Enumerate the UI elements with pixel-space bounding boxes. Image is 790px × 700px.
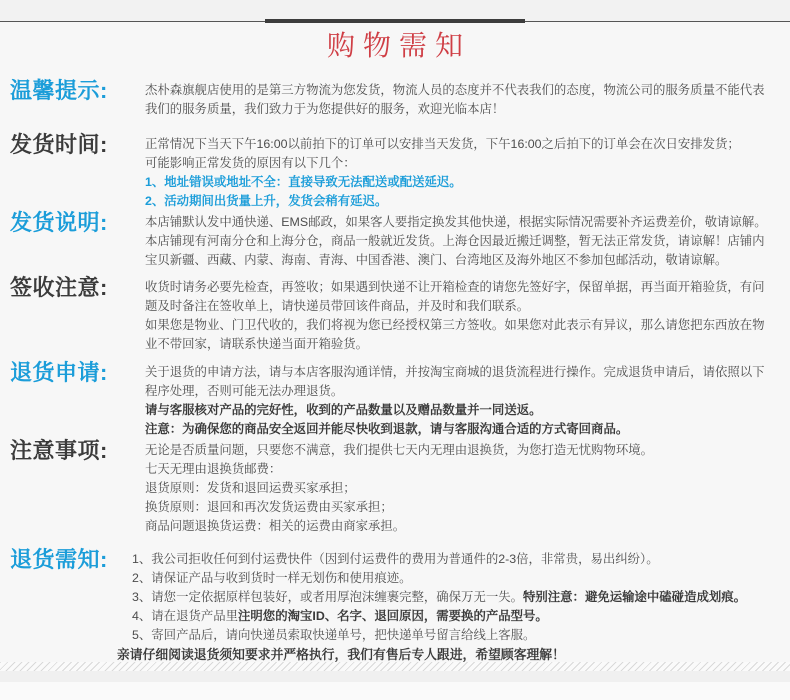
emphasis-text: 注明您的淘宝ID、名字、退回原因，需要换的产品型号。	[238, 609, 548, 623]
text-line: 本店铺默认发中通快递、EMS邮政，如果客人要指定换发其他快递，根据实际情况需要补…	[145, 213, 790, 232]
body-text: 本店铺现有河南分仓和上海分仓，商品一般就近发货。上海仓因最近搬迁调整，暂无法正常…	[145, 234, 765, 248]
body-text: 3、请您一定依据原样包装好，或者用厚泡沫缠裹完整，确保万无一失。	[132, 590, 523, 604]
text-line: 1、地址错误或地址不全：直接导致无法配送或配送延迟。	[145, 173, 790, 192]
body-text: 宝贝新疆、西藏、内蒙、海南、青海、中国香港、澳门、台湾地区及海外地区不参加包邮活…	[145, 253, 727, 267]
body-text: 我们的服务质量，我们致力于为您提供好的服务，欢迎光临本店！	[145, 102, 504, 116]
text-line: 我们的服务质量，我们致力于为您提供好的服务，欢迎光临本店！	[145, 100, 790, 119]
body-text: 业不带回家，请联系快递当面开箱验货。	[145, 337, 368, 351]
body-text: 正常情况下当天下午16:00以前拍下的订单可以安排当天发货，下午16:00之后拍…	[145, 137, 740, 151]
text-line: 退货原则：发货和退回运费买家承担；	[145, 479, 790, 498]
body-text: 换货原则：退回和再次发货运费由买家承担；	[145, 500, 393, 514]
text-line: 换货原则：退回和再次发货运费由买家承担；	[145, 498, 790, 517]
section-content-warm-tips: 杰朴森旗舰店使用的是第三方物流为您发货，物流人员的态度并不代表我们的态度，物流公…	[145, 81, 790, 119]
body-text: 商品问题退换货运费：相关的运费由商家承担。	[145, 519, 405, 533]
section-content-return-notice: 1、我公司拒收任何到付运费快件（因到付运费件的费用为普通件的2-3倍，非常贵，易…	[145, 550, 790, 664]
body-text: 本店铺默认发中通快递、EMS邮政，如果客人要指定换发其他快递，根据实际情况需要补…	[145, 215, 767, 229]
text-line: 1、我公司拒收任何到付运费快件（因到付运费件的费用为普通件的2-3倍，非常贵，易…	[132, 550, 790, 569]
body-text: 退货原则：发货和退回运费买家承担；	[145, 481, 356, 495]
section-receipt-notes: 签收注意:收货时请务必要先检查，再签收；如果遇到快递不让开箱检查的请您先签好字，…	[10, 278, 790, 354]
body-text: 5、寄回产品后，请向快递员索取快递单号，把快递单号留言给线上客服。	[132, 628, 535, 642]
section-notice-items: 注意事项:无论是否质量问题，只要您不满意，我们提供七天内无理由退换货，为您打造无…	[10, 441, 790, 536]
body-text: 4、请在退货产品里	[132, 609, 238, 623]
section-ship-time: 发货时间:正常情况下当天下午16:00以前拍下的订单可以安排当天发货，下午16:…	[10, 135, 790, 211]
footer-gray-strip	[0, 671, 790, 682]
text-line: 3、请您一定依据原样包装好，或者用厚泡沫缠裹完整，确保万无一失。特别注意：避免运…	[132, 588, 790, 607]
footer-light-strip	[0, 682, 790, 700]
text-line: 宝贝新疆、西藏、内蒙、海南、青海、中国香港、澳门、台湾地区及海外地区不参加包邮活…	[145, 251, 790, 270]
sections: 温馨提示:杰朴森旗舰店使用的是第三方物流为您发货，物流人员的态度并不代表我们的态…	[0, 81, 790, 664]
section-return-apply: 退货申请:关于退货的申请方法，请与本店客服沟通详情，并按淘宝商城的退货流程进行操…	[10, 363, 790, 439]
title-accent-bar	[265, 19, 525, 23]
text-line: 2、活动期间出货量上升，发货会稍有延迟。	[145, 192, 790, 211]
emphasis-text: 2、活动期间出货量上升，发货会稍有延迟。	[145, 194, 387, 208]
text-line: 注意：为确保您的商品安全返回并能尽快收到退款，请与客服沟通合适的方式寄回商品。	[145, 420, 790, 439]
section-label-return-apply: 退货申请:	[10, 363, 145, 383]
section-content-return-apply: 关于退货的申请方法，请与本店客服沟通详情，并按淘宝商城的退货流程进行操作。完成退…	[145, 363, 790, 439]
section-content-notice-items: 无论是否质量问题，只要您不满意，我们提供七天内无理由退换货，为您打造无忧购物环境…	[145, 441, 790, 536]
body-text: 关于退货的申请方法，请与本店客服沟通详情，并按淘宝商城的退货流程进行操作。完成退…	[145, 365, 765, 379]
body-text: 七天无理由退换货邮费：	[145, 462, 281, 476]
body-text: 可能影响正常发货的原因有以下几个：	[145, 156, 356, 170]
text-line: 本店铺现有河南分仓和上海分仓，商品一般就近发货。上海仓因最近搬迁调整，暂无法正常…	[145, 232, 790, 251]
body-text: 杰朴森旗舰店使用的是第三方物流为您发货，物流人员的态度并不代表我们的态度，物流公…	[145, 83, 765, 97]
text-line: 杰朴森旗舰店使用的是第三方物流为您发货，物流人员的态度并不代表我们的态度，物流公…	[145, 81, 790, 100]
section-label-ship-time: 发货时间:	[10, 135, 145, 155]
text-line: 如果您是物业、门卫代收的，我们将视为您已经授权第三方签收。如果您对此表示有异议，…	[145, 316, 790, 335]
section-content-ship-time: 正常情况下当天下午16:00以前拍下的订单可以安排当天发货，下午16:00之后拍…	[145, 135, 790, 211]
section-label-ship-notes: 发货说明:	[10, 213, 145, 233]
text-line: 收货时请务必要先检查，再签收；如果遇到快递不让开箱检查的请您先签好字，保留单据，…	[145, 278, 790, 297]
emphasis-text: 1、地址错误或地址不全：直接导致无法配送或配送延迟。	[145, 175, 462, 189]
header-divider	[0, 0, 790, 22]
text-line: 请与客服核对产品的完好性，收到的产品数量以及赠品数量并一同送返。	[145, 401, 790, 420]
hatch-divider	[0, 662, 790, 671]
footer	[0, 662, 790, 700]
body-text: 无论是否质量问题，只要您不满意，我们提供七天内无理由退换货，为您打造无忧购物环境…	[145, 443, 653, 457]
text-line: 4、请在退货产品里注明您的淘宝ID、名字、退回原因，需要换的产品型号。	[132, 607, 790, 626]
page-title: 购物需知	[0, 31, 790, 61]
emphasis-text: 注意：为确保您的商品安全返回并能尽快收到退款，请与客服沟通合适的方式寄回商品。	[145, 422, 628, 436]
section-content-ship-notes: 本店铺默认发中通快递、EMS邮政，如果客人要指定换发其他快递，根据实际情况需要补…	[145, 213, 790, 270]
emphasis-text: 亲请仔细阅读退货须知要求并严格执行，我们有售后专人跟进，希望顾客理解！	[117, 647, 565, 662]
text-line: 关于退货的申请方法，请与本店客服沟通详情，并按淘宝商城的退货流程进行操作。完成退…	[145, 363, 790, 382]
body-text: 收货时请务必要先检查，再签收；如果遇到快递不让开箱检查的请您先签好字，保留单据，…	[145, 280, 765, 294]
text-line: 2、请保证产品与收到货时一样无划伤和使用痕迹。	[132, 569, 790, 588]
section-label-return-notice: 退货需知:	[10, 550, 145, 570]
body-text: 2、请保证产品与收到货时一样无划伤和使用痕迹。	[132, 571, 412, 585]
text-line: 无论是否质量问题，只要您不满意，我们提供七天内无理由退换货，为您打造无忧购物环境…	[145, 441, 790, 460]
text-line: 商品问题退换货运费：相关的运费由商家承担。	[145, 517, 790, 536]
section-label-warm-tips: 温馨提示:	[10, 81, 145, 101]
emphasis-text: 特别注意：避免运输途中磕碰造成划痕。	[523, 590, 746, 604]
body-text: 1、我公司拒收任何到付运费快件（因到付运费件的费用为普通件的2-3倍，非常贵，易…	[132, 552, 659, 566]
text-line: 正常情况下当天下午16:00以前拍下的订单可以安排当天发货，下午16:00之后拍…	[145, 135, 790, 154]
text-line: 5、寄回产品后，请向快递员索取快递单号，把快递单号留言给线上客服。	[132, 626, 790, 645]
text-line: 题及时备注在签收单上，请快递员带回该件商品，并及时和我们联系。	[145, 297, 790, 316]
body-text: 如果您是物业、门卫代收的，我们将视为您已经授权第三方签收。如果您对此表示有异议，…	[145, 318, 765, 332]
text-line: 业不带回家，请联系快递当面开箱验货。	[145, 335, 790, 354]
body-text: 题及时备注在签收单上，请快递员带回该件商品，并及时和我们联系。	[145, 299, 529, 313]
section-label-notice-items: 注意事项:	[10, 441, 145, 461]
section-return-notice: 退货需知:1、我公司拒收任何到付运费快件（因到付运费件的费用为普通件的2-3倍，…	[10, 550, 790, 664]
section-warm-tips: 温馨提示:杰朴森旗舰店使用的是第三方物流为您发货，物流人员的态度并不代表我们的态…	[10, 81, 790, 119]
section-ship-notes: 发货说明:本店铺默认发中通快递、EMS邮政，如果客人要指定换发其他快递，根据实际…	[10, 213, 790, 270]
section-label-receipt-notes: 签收注意:	[10, 278, 145, 298]
text-line: 七天无理由退换货邮费：	[145, 460, 790, 479]
body-text: 程序处理，否则可能无法办理退货。	[145, 384, 343, 398]
emphasis-text: 请与客服核对产品的完好性，收到的产品数量以及赠品数量并一同送返。	[145, 403, 542, 417]
text-line: 程序处理，否则可能无法办理退货。	[145, 382, 790, 401]
section-content-receipt-notes: 收货时请务必要先检查，再签收；如果遇到快递不让开箱检查的请您先签好字，保留单据，…	[145, 278, 790, 354]
text-line: 可能影响正常发货的原因有以下几个：	[145, 154, 790, 173]
